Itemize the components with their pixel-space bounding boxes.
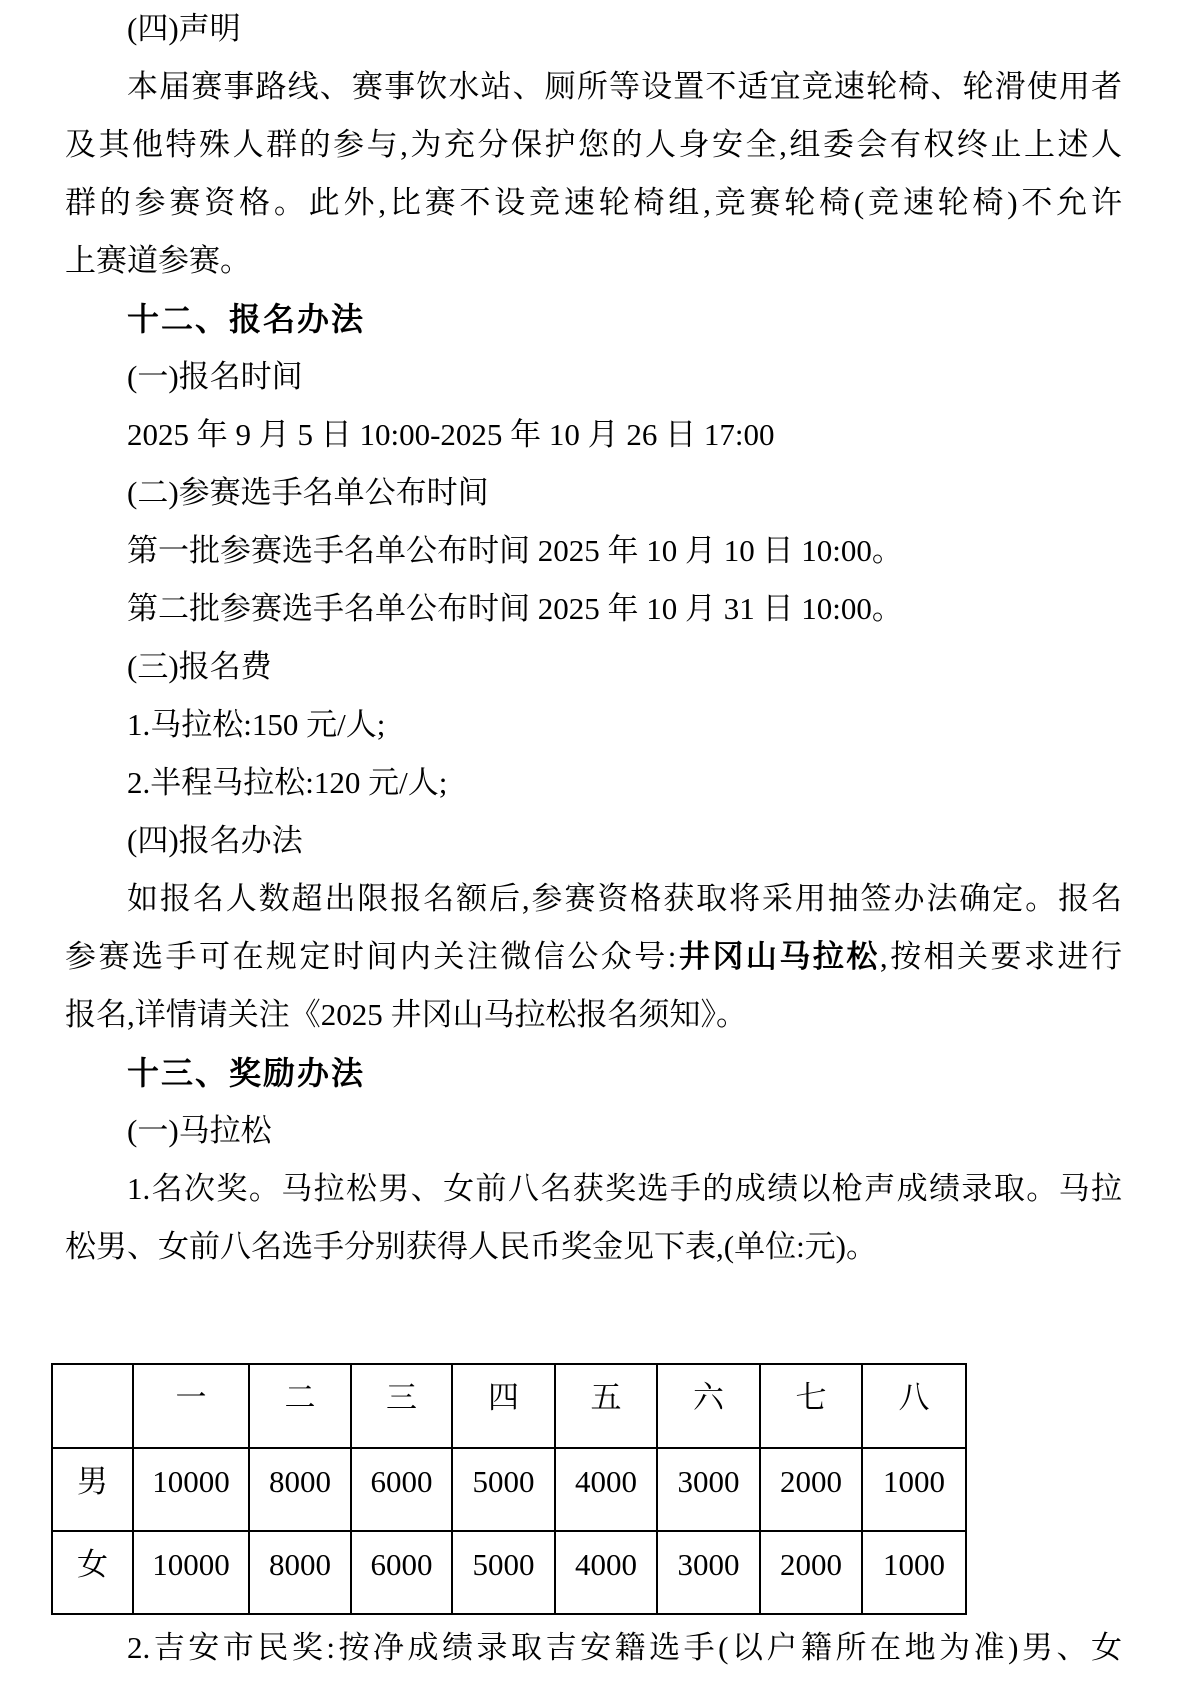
prize-table-corner-cell (52, 1364, 133, 1448)
registration-time-value: 2025 年 9 月 5 日 10:00-2025 年 10 月 26 日 17… (65, 406, 1122, 464)
prize-cell: 10000 (133, 1448, 249, 1531)
section-13-heading: 十三、奖励办法 (65, 1044, 1122, 1102)
fee-half-marathon-line: 2.半程马拉松:120 元/人; (65, 754, 1122, 812)
batch2-publish-line: 第二批参赛选手名单公布时间 2025 年 10 月 31 日 10:00。 (65, 580, 1122, 638)
prize-table-header-row: 一 二 三 四 五 六 七 八 (52, 1364, 966, 1448)
prize-cell: 3000 (657, 1531, 760, 1614)
prize-table-header-rank-5: 五 (555, 1364, 657, 1448)
registration-method-line-2: 参赛选手可在规定时间内关注微信公众号:井冈山马拉松,按相关要求进行 (65, 928, 1122, 986)
prize-cell: 2000 (760, 1531, 862, 1614)
prize-table-header-rank-8: 八 (862, 1364, 966, 1448)
prize-cell: 8000 (249, 1448, 351, 1531)
awards-marathon-heading: (一)马拉松 (65, 1102, 1122, 1160)
method-line-2-post: ,按相关要求进行 (880, 939, 1122, 974)
statement-para-line-3: 群的参赛资格。此外,比赛不设竞速轮椅组,竞赛轮椅(竞速轮椅)不允许 (65, 174, 1122, 232)
list-publish-heading: (二)参赛选手名单公布时间 (65, 464, 1122, 522)
prize-table-row-men: 男 10000 8000 6000 5000 4000 3000 2000 10… (52, 1448, 966, 1531)
statement-para-line-2: 及其他特殊人群的参与,为充分保护您的人身安全,组委会有权终止上述人 (65, 116, 1122, 174)
prize-cell: 4000 (555, 1448, 657, 1531)
registration-method-line-3: 报名,详情请关注《2025 井冈山马拉松报名须知》。 (65, 986, 1122, 1044)
citizen-award-line: 2.吉安市民奖:按净成绩录取吉安籍选手(以户籍所在地为准)男、女 (65, 1619, 1122, 1677)
batch1-publish-line: 第一批参赛选手名单公布时间 2025 年 10 月 10 日 10:00。 (65, 522, 1122, 580)
fee-marathon-line: 1.马拉松:150 元/人; (65, 696, 1122, 754)
prize-cell: 2000 (760, 1448, 862, 1531)
statement-para-line-4: 上赛道参赛。 (65, 232, 1122, 290)
prize-table-header-rank-2: 二 (249, 1364, 351, 1448)
prize-cell: 8000 (249, 1531, 351, 1614)
prize-cell: 3000 (657, 1448, 760, 1531)
prize-table-row-men-label: 男 (52, 1448, 133, 1531)
prize-cell: 1000 (862, 1448, 966, 1531)
rank-award-line-2: 松男、女前八名选手分别获得人民币奖金见下表,(单位:元)。 (65, 1218, 1122, 1276)
prize-table-row-women: 女 10000 8000 6000 5000 4000 3000 2000 10… (52, 1531, 966, 1614)
registration-method-heading: (四)报名办法 (65, 812, 1122, 870)
method-line-2-pre: 参赛选手可在规定时间内关注微信公众号: (65, 939, 676, 974)
prize-table-header-rank-3: 三 (351, 1364, 452, 1448)
prize-table-header-rank-6: 六 (657, 1364, 760, 1448)
section-12-heading: 十二、报名办法 (65, 290, 1122, 348)
prize-table: 一 二 三 四 五 六 七 八 男 10000 8000 6000 5000 4… (51, 1363, 967, 1615)
prize-table-header-rank-4: 四 (452, 1364, 555, 1448)
wechat-account-name: 井冈山马拉松 (676, 939, 879, 974)
registration-method-line-1: 如报名人数超出限报名额后,参赛资格获取将采用抽签办法确定。报名 (65, 870, 1122, 928)
prize-cell: 5000 (452, 1448, 555, 1531)
prize-cell: 10000 (133, 1531, 249, 1614)
fee-heading: (三)报名费 (65, 638, 1122, 696)
rank-award-line-1: 1.名次奖。马拉松男、女前八名获奖选手的成绩以枪声成绩录取。马拉 (65, 1160, 1122, 1218)
prize-table-row-women-label: 女 (52, 1531, 133, 1614)
text-column: (四)声明 本届赛事路线、赛事饮水站、厕所等设置不适宜竞速轮椅、轮滑使用者 及其… (65, 0, 1122, 1677)
prize-cell: 6000 (351, 1448, 452, 1531)
statement-heading: (四)声明 (65, 0, 1122, 58)
document-page: (四)声明 本届赛事路线、赛事饮水站、厕所等设置不适宜竞速轮椅、轮滑使用者 及其… (0, 0, 1190, 1683)
registration-time-heading: (一)报名时间 (65, 348, 1122, 406)
prize-cell: 6000 (351, 1531, 452, 1614)
statement-para-line-1: 本届赛事路线、赛事饮水站、厕所等设置不适宜竞速轮椅、轮滑使用者 (65, 58, 1122, 116)
prize-cell: 4000 (555, 1531, 657, 1614)
prize-cell: 1000 (862, 1531, 966, 1614)
prize-table-header-rank-1: 一 (133, 1364, 249, 1448)
prize-cell: 5000 (452, 1531, 555, 1614)
prize-table-header-rank-7: 七 (760, 1364, 862, 1448)
